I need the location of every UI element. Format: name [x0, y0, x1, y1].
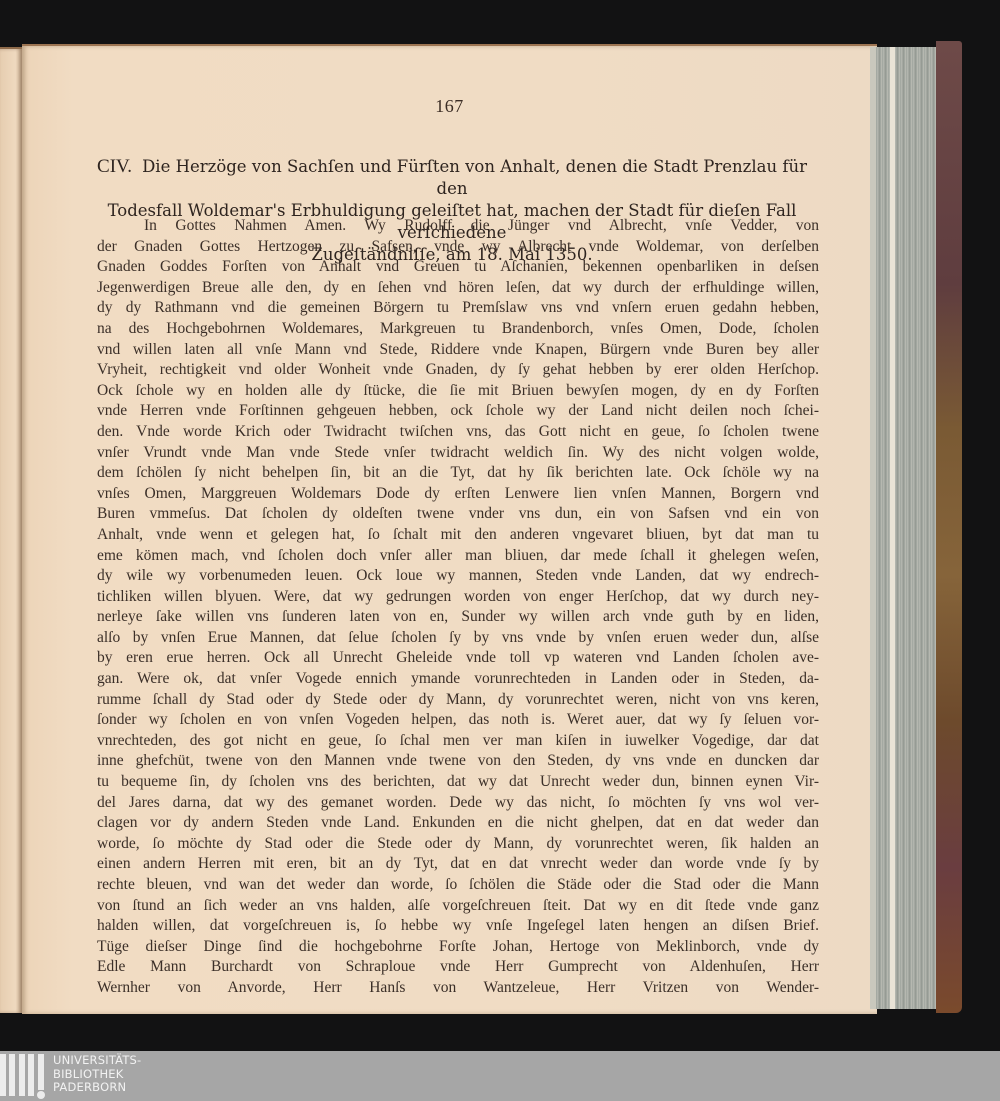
text-line: vnſer Vrundt vnde Man vnde Stede vnſer t…: [97, 443, 819, 464]
text-line: rumme ſchall dy Stad oder dy Stede oder …: [97, 690, 819, 711]
text-line: von ſtund an ſich weder an vns halden, a…: [97, 896, 819, 917]
page-fore-edge: [870, 47, 936, 1009]
text-line: gan. Were ok, dat vnſer Vogede ennich ym…: [97, 669, 819, 690]
heading-line-1: CIV.Die Herzöge von Sachſen und Fürſten …: [92, 156, 812, 200]
body-text: In Gottes Nahmen Amen. Wy Rudolff die Jü…: [97, 216, 819, 999]
text-line: der Gnaden Gottes Hertzogen zu Safsen, v…: [97, 237, 819, 258]
text-line: Tüge dieſser Dinge ſind die hochgebohrne…: [97, 937, 819, 958]
page-number: 167: [22, 96, 877, 117]
text-line: worde, ſo möchte dy Stad oder die Stede …: [97, 834, 819, 855]
logo-line-2: BIBLIOTHEK: [53, 1068, 141, 1082]
document-numeral: CIV.: [97, 156, 132, 177]
text-line: halden willen, dat vorgeſchreuen is, ſo …: [97, 916, 819, 937]
text-line: dy wile wy vorbenumeden leuen. Ock loue …: [97, 566, 819, 587]
book-cover-edge: [936, 41, 962, 1013]
text-line: Buren vmmeſus. Dat ſcholen dy oldeſten t…: [97, 504, 819, 525]
text-line: tichliken willen blyuen. Were, dat wy ge…: [97, 587, 819, 608]
text-line: vnd willen laten all vnſe Mann vnd Stede…: [97, 340, 819, 361]
text-line: Gnaden Goddes Forſten von Anhalt vnd Gre…: [97, 257, 819, 278]
book-page: 167 CIV.Die Herzöge von Sachſen und Fürſ…: [22, 44, 877, 1014]
text-line: na des Hochgebohrnen Woldemares, Markgre…: [97, 319, 819, 340]
text-line: In Gottes Nahmen Amen. Wy Rudolff die Jü…: [97, 216, 819, 237]
text-line: den. Vnde worde Krich oder Twidracht twi…: [97, 422, 819, 443]
text-line: dy dy Rathmann vnd die gemeinen Börgern …: [97, 298, 819, 319]
text-line: ſonder wy ſcholen en von vnſen Vogeden h…: [97, 710, 819, 731]
library-footer-bar: UNIVERSITÄTS- BIBLIOTHEK PADERBORN: [0, 1051, 1000, 1101]
text-line: clagen vor dy andern Steden vnde Land. E…: [97, 813, 819, 834]
text-line: Jegenwerdigen Breue alle den, dy en ſehe…: [97, 278, 819, 299]
text-line: Anhalt, vnde wenn et gelegen hat, ſo ſch…: [97, 525, 819, 546]
text-line: vnſes Omen, Marggreuen Woldemars Dode dy…: [97, 484, 819, 505]
page-edge-highlight: [890, 47, 895, 1009]
text-line: nerleye ſake willen vns ſunderen laten v…: [97, 607, 819, 628]
text-line: alſo by vnſen Erue Mannen, dat ſelue ſch…: [97, 628, 819, 649]
text-line: Wernher von Anvorde, Herr Hanſs von Want…: [97, 978, 819, 999]
library-logo-text: UNIVERSITÄTS- BIBLIOTHEK PADERBORN: [53, 1054, 141, 1095]
logo-line-3: PADERBORN: [53, 1081, 141, 1095]
text-line: vnde Herren vnde Forſtinnen gehgeuen heb…: [97, 401, 819, 422]
text-line: dem ſchölen ſy nicht behelpen ſin, bit a…: [97, 463, 819, 484]
text-line: einen andern Herren mit eren, bit an dy …: [97, 854, 819, 875]
text-line: by eren erue herren. Ock all Unrecht Ghe…: [97, 648, 819, 669]
text-line: vnrechteden, des got nicht en geue, ſo ſ…: [97, 731, 819, 752]
text-line: Ock ſchole wy en holden alle dy ſtücke, …: [97, 381, 819, 402]
text-line: Edle Mann Burchardt von Schraploue vnde …: [97, 957, 819, 978]
text-line: Vryheit, rechtigkeit vnd older Wonheit v…: [97, 360, 819, 381]
text-line: rechte bleuen, vnd wan det weder dan wor…: [97, 875, 819, 896]
text-line: eme kömen mach, vnd ſcholen doch vnſer a…: [97, 546, 819, 567]
text-line: tu bequeme ſin, dy ſcholen vns des beric…: [97, 772, 819, 793]
heading-text-1: Die Herzöge von Sachſen und Fürſten von …: [142, 157, 807, 198]
text-line: del Jares darna, dat wy des gemanet word…: [97, 793, 819, 814]
text-line: inne ghefchüt, twene von den Mannen vnde…: [97, 751, 819, 772]
logo-dot-icon: [37, 1091, 45, 1099]
logo-line-1: UNIVERSITÄTS-: [53, 1054, 141, 1068]
previous-page-edge: [0, 47, 22, 1013]
